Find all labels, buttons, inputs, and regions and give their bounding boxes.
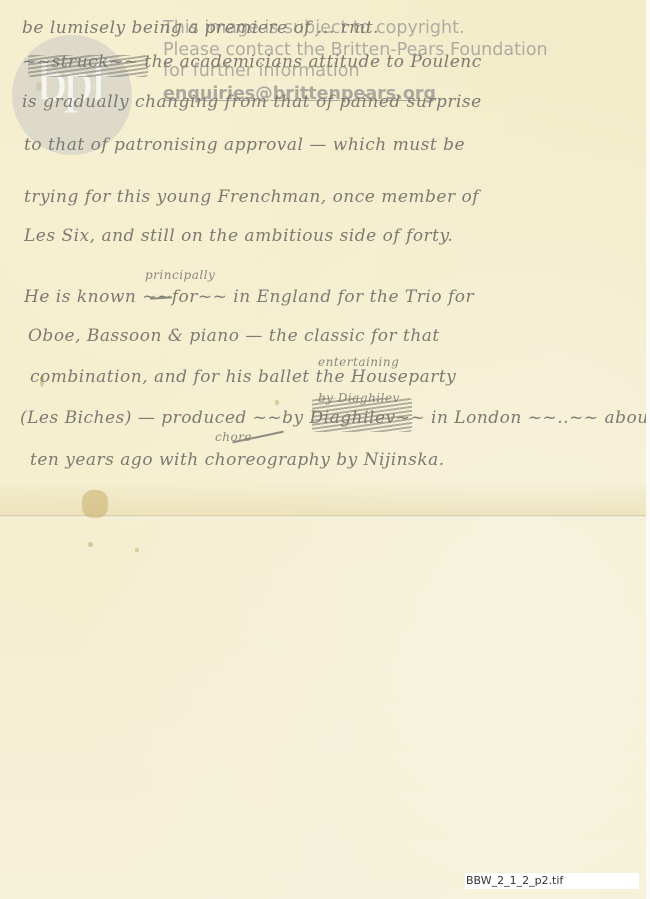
scan-edge (646, 0, 650, 899)
paper-stain (135, 548, 139, 552)
manuscript-line: trying for this young Frenchman, once me… (24, 187, 479, 207)
manuscript-page: bpf This image is subject to copyright. … (0, 0, 646, 899)
paper-stain (275, 400, 279, 405)
manuscript-line: He is known ~~for~~ in England for the T… (24, 287, 474, 307)
manuscript-line: be lumisely being a premiere of ... rmt. (22, 18, 379, 38)
manuscript-line: combination, and for his ballet the Hous… (30, 367, 456, 387)
interlinear-insertion: chore (215, 430, 252, 444)
crossed-out-text (28, 55, 148, 77)
paper-stain (88, 542, 93, 547)
file-name-label: BBW_2_1_2_p2.tif (465, 873, 639, 889)
manuscript-line: Oboe, Bassoon & piano — the classic for … (28, 326, 440, 346)
manuscript-line: is gradually changing from that of paine… (22, 92, 482, 112)
manuscript-line: to that of patronising approval — which … (24, 135, 465, 155)
interlinear-insertion: principally (145, 268, 215, 282)
manuscript-line: Les Six, and still on the ambitious side… (24, 226, 453, 246)
manuscript-line: ten years ago with choreography by Nijin… (30, 450, 445, 470)
crossed-out-text (312, 398, 412, 432)
paper-stain (82, 490, 108, 518)
